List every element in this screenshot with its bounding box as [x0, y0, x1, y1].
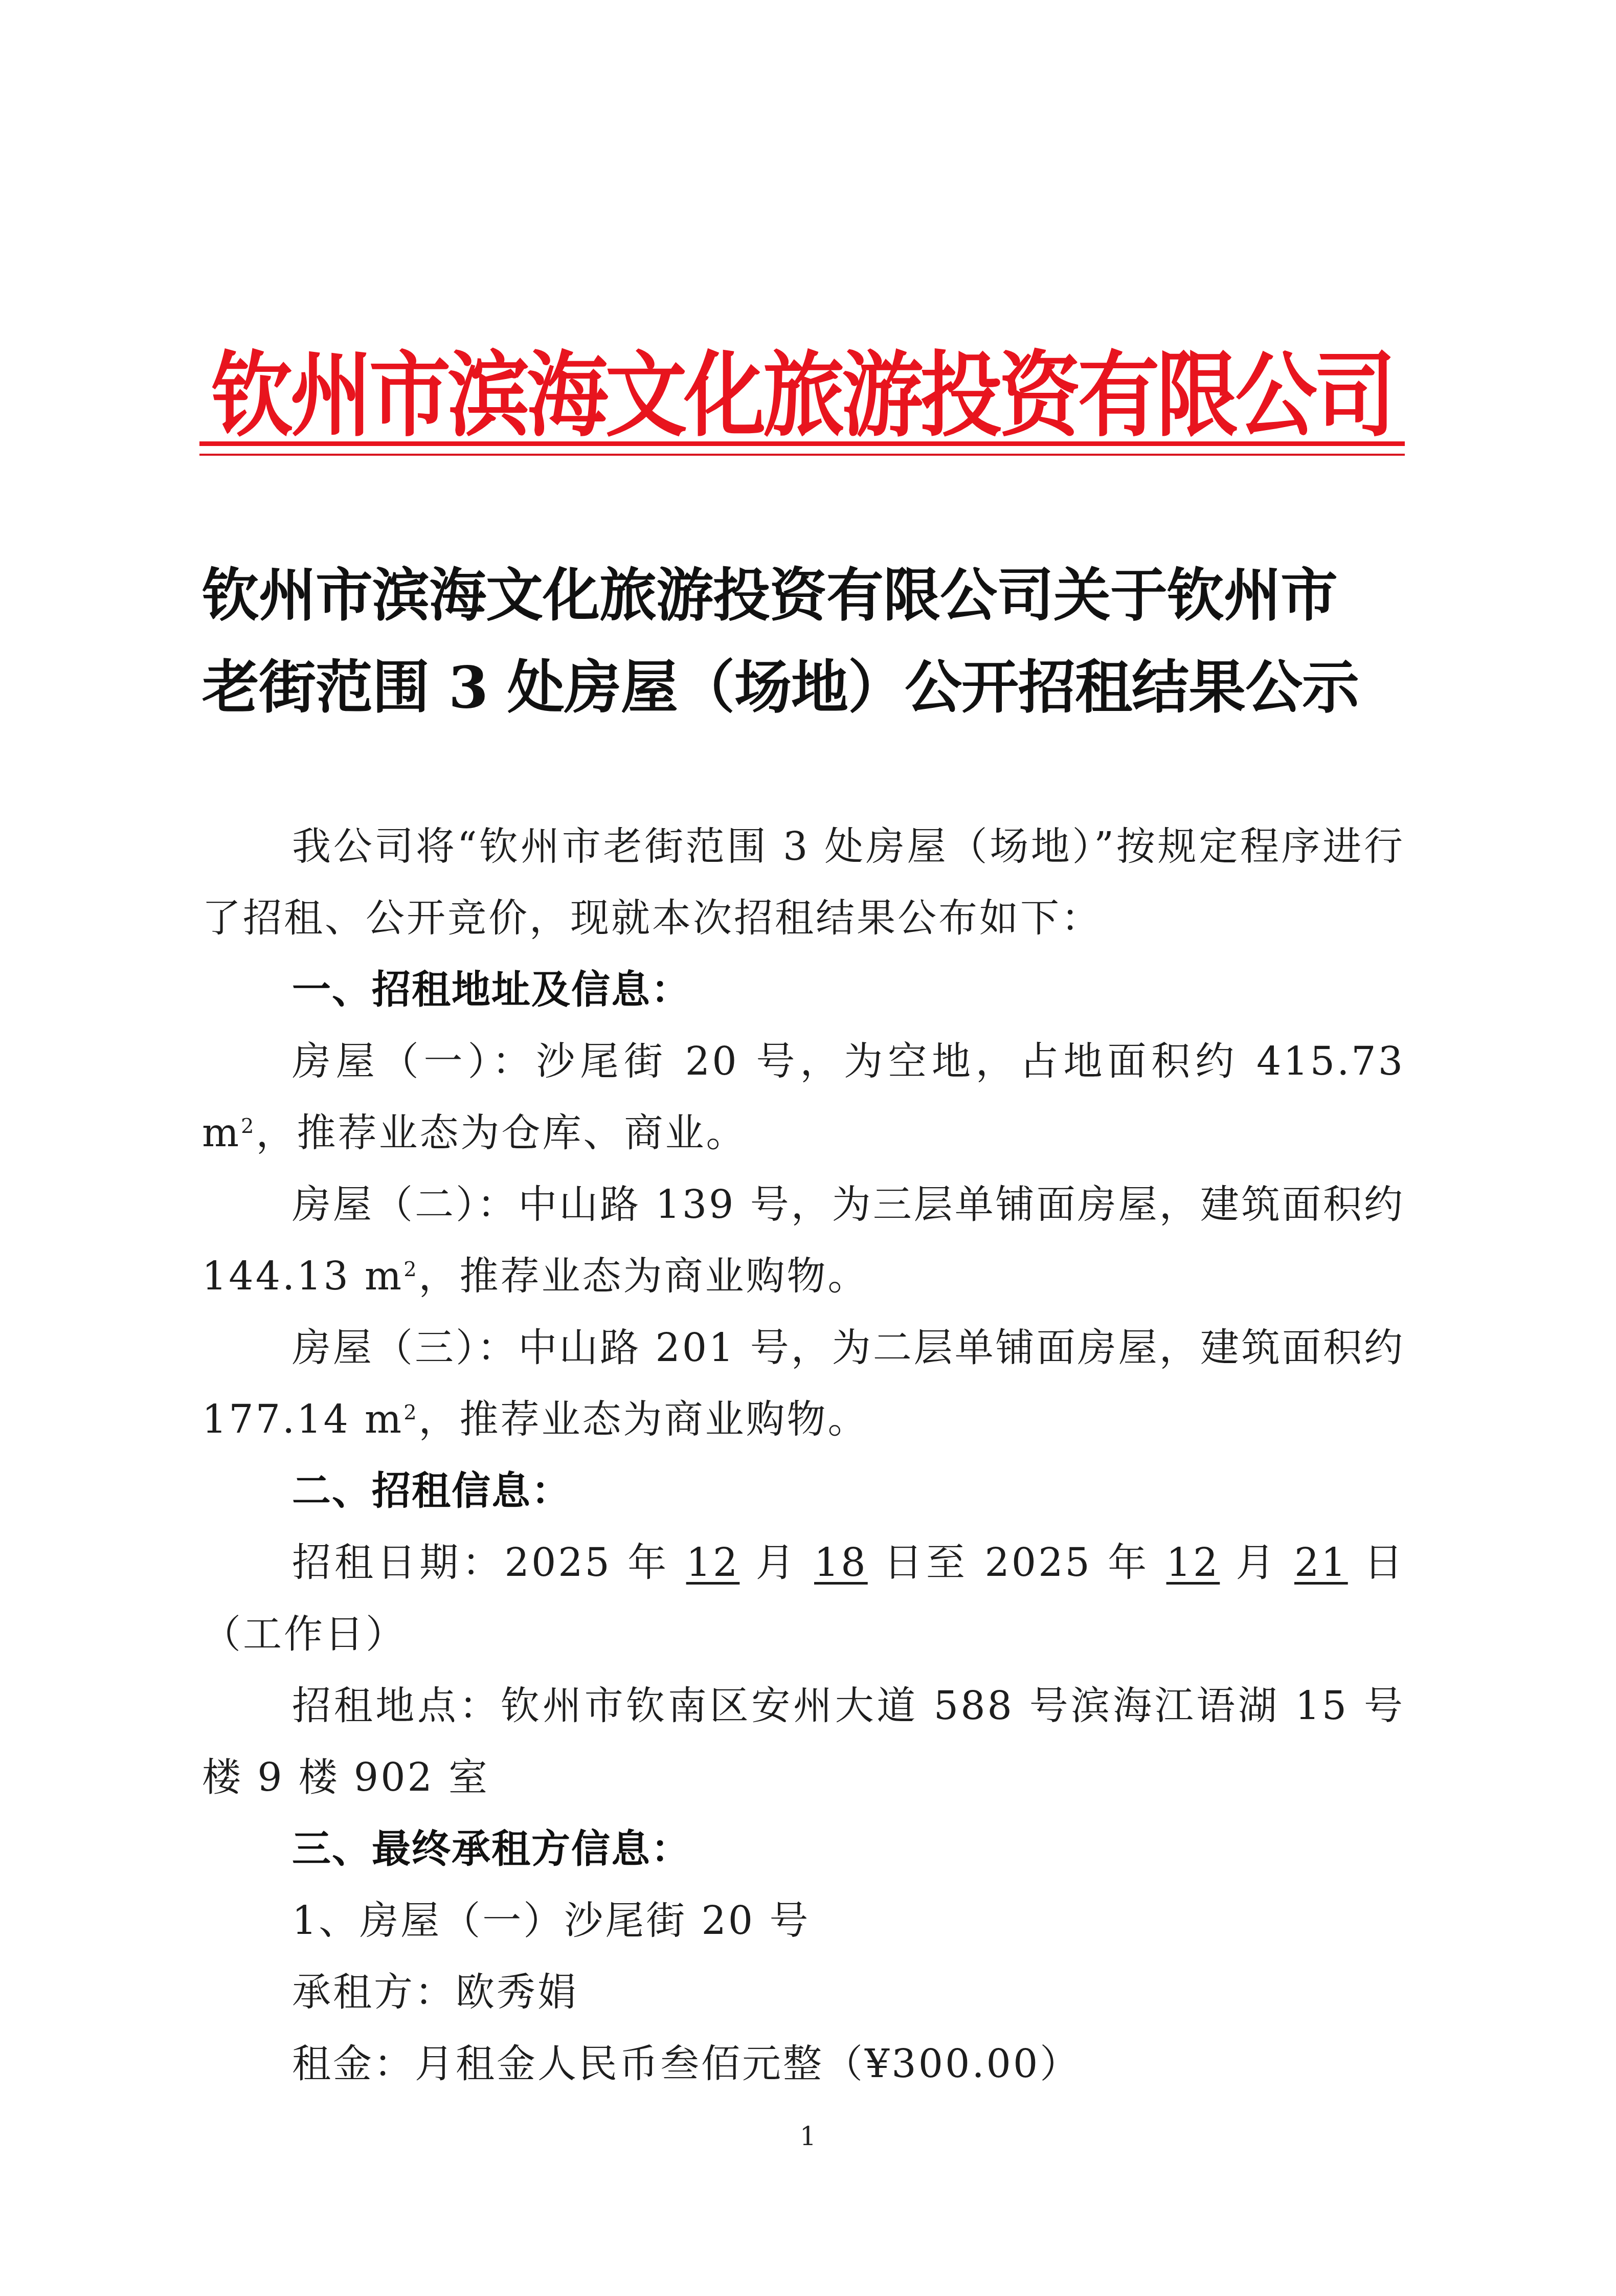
document-title-line-1: 钦州市滨海文化旅游投资有限公司关于钦州市 — [202, 550, 1409, 642]
letterhead-rule-thin — [199, 454, 1405, 456]
document-title: 钦州市滨海文化旅游投资有限公司关于钦州市 老街范围 3 处房屋（场地）公开招租结… — [202, 550, 1409, 734]
section-heading-1: 一、招租地址及信息： — [202, 954, 1405, 1026]
document-title-line-2: 老街范围 3 处房屋（场地）公开招租结果公示 — [202, 642, 1409, 734]
tender-location: 招租地点：钦州市钦南区安州大道 588 号滨海江语湖 15 号楼 9 楼 902… — [202, 1670, 1405, 1813]
section-heading-3: 三、最终承租方信息： — [202, 1813, 1405, 1885]
property-item-2: 房屋（二）：中山路 139 号，为三层单铺面房屋，建筑面积约 144.13 m2… — [202, 1169, 1405, 1312]
section-heading-2: 二、招租信息： — [202, 1455, 1405, 1527]
letterhead-rule-thick — [199, 441, 1405, 446]
property-item-3: 房屋（三）：中山路 201 号，为二层单铺面房屋，建筑面积约 177.14 m2… — [202, 1312, 1405, 1455]
letterhead-company-name: 钦州市滨海文化旅游投资有限公司 — [199, 338, 1405, 452]
result-property: 1、房屋（一）沙尾街 20 号 — [202, 1885, 1405, 1956]
start-day: 18 — [814, 1540, 868, 1585]
start-month: 12 — [686, 1540, 740, 1585]
end-day: 21 — [1294, 1540, 1348, 1585]
tender-date: 招租日期：2025 年 12 月 18 日至 2025 年 12 月 21 日（… — [202, 1527, 1405, 1670]
result-tenant: 承租方：欧秀娟 — [202, 1956, 1405, 2028]
intro-paragraph: 我公司将“钦州市老街范围 3 处房屋（场地）”按规定程序进行了招租、公开竞价，现… — [202, 811, 1405, 954]
document-body: 我公司将“钦州市老街范围 3 处房屋（场地）”按规定程序进行了招租、公开竞价，现… — [202, 811, 1405, 2100]
end-month: 12 — [1166, 1540, 1220, 1585]
result-rent: 租金：月租金人民币叁佰元整（¥300.00） — [202, 2028, 1405, 2100]
page-number: 1 — [0, 2122, 1616, 2151]
property-item-1: 房屋（一）：沙尾街 20 号，为空地，占地面积约 415.73 m2，推荐业态为… — [202, 1026, 1405, 1169]
